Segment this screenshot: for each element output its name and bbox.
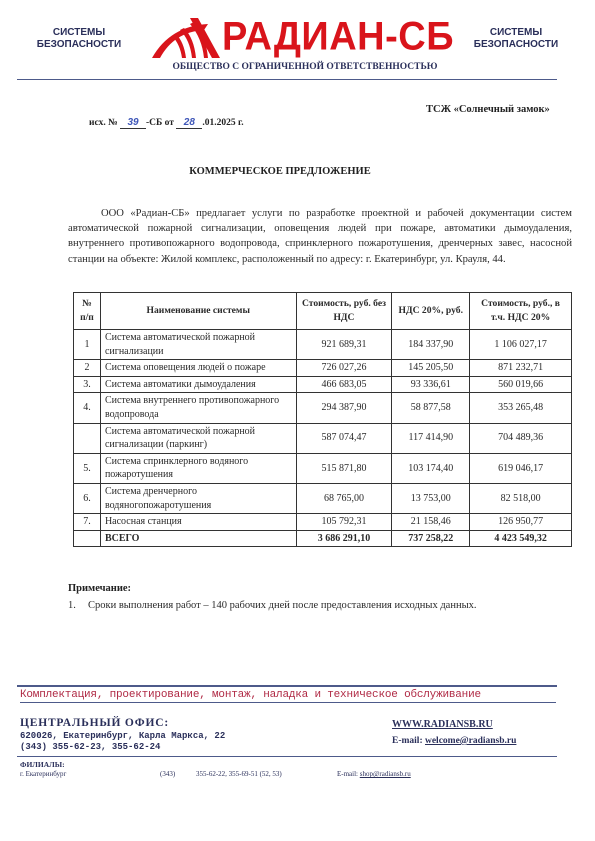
cell-total: 126 950,77 bbox=[470, 514, 572, 531]
table-row: 5.Система спринклерного водяного пожарот… bbox=[74, 453, 572, 483]
cell-number: 5. bbox=[74, 453, 101, 483]
table-row: 7.Насосная станция105 792,3121 158,46126… bbox=[74, 514, 572, 531]
ref-suffix: -СБ от bbox=[146, 118, 174, 128]
cell-number: 2 bbox=[74, 360, 101, 377]
col-header-cost: Стоимость, руб. без НДС bbox=[296, 293, 392, 330]
footer-divider-top bbox=[17, 685, 557, 687]
cell-total: 560 019,66 bbox=[470, 376, 572, 393]
cell-vat: 58 877,58 bbox=[392, 393, 470, 423]
cell-total: 82 518,00 bbox=[470, 483, 572, 513]
branch-phones: 355-62-22, 355-69-51 (52, 53) bbox=[196, 770, 282, 778]
office-contacts: 620026, Екатеринбург, Карла Маркса, 22 (… bbox=[20, 731, 225, 753]
cell-cost: 587 074,47 bbox=[296, 423, 392, 453]
table-row: Система автоматической пожарной сигнализ… bbox=[74, 423, 572, 453]
table-row: 6.Система дренчерного водяногопожаротуше… bbox=[74, 483, 572, 513]
office-title: ЦЕНТРАЛЬНЫЙ ОФИС: bbox=[20, 717, 169, 729]
email-link[interactable]: welcome@radiansb.ru bbox=[425, 736, 516, 746]
note-item: 1.Сроки выполнения работ – 140 рабочих д… bbox=[68, 600, 477, 611]
cell-number: 7. bbox=[74, 514, 101, 531]
branch-city: г. Екатеринбург bbox=[20, 770, 66, 778]
addressee: ТСЖ «Солнечный замок» bbox=[426, 104, 550, 115]
cell-system-name: ВСЕГО bbox=[100, 530, 296, 547]
cell-vat: 103 174,40 bbox=[392, 453, 470, 483]
table-row: 4.Система внутреннего противопожарного в… bbox=[74, 393, 572, 423]
cell-system-name: Система спринклерного водяного пожаротуш… bbox=[100, 453, 296, 483]
cell-number bbox=[74, 530, 101, 547]
cell-cost: 921 689,31 bbox=[296, 330, 392, 360]
cell-vat: 737 258,22 bbox=[392, 530, 470, 547]
cell-vat: 13 753,00 bbox=[392, 483, 470, 513]
branch-email: E-mail: shop@radiansb.ru bbox=[337, 770, 411, 778]
cell-system-name: Насосная станция bbox=[100, 514, 296, 531]
branch-area-code: (343) bbox=[160, 770, 175, 778]
cell-vat: 184 337,90 bbox=[392, 330, 470, 360]
ref-number-handwritten: 39 bbox=[120, 118, 146, 129]
cell-number bbox=[74, 423, 101, 453]
table-total-row: ВСЕГО3 686 291,10737 258,224 423 549,32 bbox=[74, 530, 572, 547]
footer-divider-bottom bbox=[17, 756, 557, 757]
col-header-vat: НДС 20%, руб. bbox=[392, 293, 470, 330]
col-header-number: № п/п bbox=[74, 293, 101, 330]
cell-system-name: Система оповещения людей о пожаре bbox=[100, 360, 296, 377]
cell-total: 353 265,48 bbox=[470, 393, 572, 423]
cell-vat: 117 414,90 bbox=[392, 423, 470, 453]
table-row: 3.Система автоматики дымоудаления466 683… bbox=[74, 376, 572, 393]
ref-prefix: исх. № bbox=[89, 118, 118, 128]
branch-email-label: E-mail: bbox=[337, 770, 358, 778]
ref-day-handwritten: 28 bbox=[176, 118, 202, 129]
cell-cost: 726 027,26 bbox=[296, 360, 392, 377]
branch-email-link[interactable]: shop@radiansb.ru bbox=[360, 770, 411, 778]
cell-total: 1 106 027,17 bbox=[470, 330, 572, 360]
tagline-line-1: СИСТЕМЫ bbox=[34, 27, 124, 39]
cell-number: 1 bbox=[74, 330, 101, 360]
cell-total: 704 489,36 bbox=[470, 423, 572, 453]
cell-system-name: Система автоматической пожарной сигнализ… bbox=[100, 330, 296, 360]
col-header-total: Стоимость, руб., в т.ч. НДС 20% bbox=[470, 293, 572, 330]
logo-text: РАДИАН-СБ bbox=[222, 13, 454, 61]
office-address: 620026, Екатеринбург, Карла Маркса, 22 bbox=[20, 731, 225, 742]
cell-system-name: Система дренчерного водяногопожаротушени… bbox=[100, 483, 296, 513]
cell-system-name: Система автоматической пожарной сигнализ… bbox=[100, 423, 296, 453]
tagline-line-1: СИСТЕМЫ bbox=[468, 27, 564, 39]
cell-vat: 21 158,46 bbox=[392, 514, 470, 531]
email-label: E-mail: bbox=[392, 736, 423, 746]
note-number: 1. bbox=[68, 600, 88, 611]
note-text: Сроки выполнения работ – 140 рабочих дне… bbox=[88, 600, 477, 611]
ref-date: .01.2025 г. bbox=[202, 118, 243, 128]
outgoing-reference: исх. № 39-СБ от 28.01.2025 г. bbox=[89, 118, 244, 129]
cell-vat: 145 205,50 bbox=[392, 360, 470, 377]
cell-cost: 3 686 291,10 bbox=[296, 530, 392, 547]
cell-number: 4. bbox=[74, 393, 101, 423]
cell-total: 4 423 549,32 bbox=[470, 530, 572, 547]
table-row: 2Система оповещения людей о пожаре726 02… bbox=[74, 360, 572, 377]
logo-arc-icon bbox=[150, 16, 230, 58]
cell-number: 3. bbox=[74, 376, 101, 393]
tagline-line-2: БЕЗОПАСНОСТИ bbox=[34, 39, 124, 51]
table-header-row: № п/п Наименование системы Стоимость, ру… bbox=[74, 293, 572, 330]
branches-title: ФИЛИАЛЫ: bbox=[20, 760, 65, 769]
cell-cost: 294 387,90 bbox=[296, 393, 392, 423]
tagline-line-2: БЕЗОПАСНОСТИ bbox=[468, 39, 564, 51]
cell-system-name: Система внутреннего противопожарного вод… bbox=[100, 393, 296, 423]
footer-slogan: Комплектация, проектирование, монтаж, на… bbox=[20, 689, 556, 703]
header-divider bbox=[17, 79, 557, 80]
cell-system-name: Система автоматики дымоудаления bbox=[100, 376, 296, 393]
cell-cost: 466 683,05 bbox=[296, 376, 392, 393]
office-phones: (343) 355-62-23, 355-62-24 bbox=[20, 742, 225, 753]
notes-title: Примечание: bbox=[68, 583, 131, 594]
document-title: КОММЕРЧЕСКОЕ ПРЕДЛОЖЕНИЕ bbox=[60, 166, 500, 177]
cell-cost: 515 871,80 bbox=[296, 453, 392, 483]
header-tagline-left: СИСТЕМЫ БЕЗОПАСНОСТИ bbox=[34, 27, 124, 51]
table-row: 1Система автоматической пожарной сигнали… bbox=[74, 330, 572, 360]
cell-total: 871 232,71 bbox=[470, 360, 572, 377]
header-tagline-right: СИСТЕМЫ БЕЗОПАСНОСТИ bbox=[468, 27, 564, 51]
cell-vat: 93 336,61 bbox=[392, 376, 470, 393]
price-table: № п/п Наименование системы Стоимость, ру… bbox=[73, 292, 572, 547]
company-legal-form: ОБЩЕСТВО С ОГРАНИЧЕННОЙ ОТВЕТСТВЕННОСТЬЮ bbox=[150, 62, 460, 72]
cell-number: 6. bbox=[74, 483, 101, 513]
cell-cost: 105 792,31 bbox=[296, 514, 392, 531]
intro-text: ООО «Радиан-СБ» предлагает услуги по раз… bbox=[68, 206, 572, 267]
website-link[interactable]: WWW.RADIANSB.RU bbox=[392, 719, 493, 730]
cell-cost: 68 765,00 bbox=[296, 483, 392, 513]
cell-total: 619 046,17 bbox=[470, 453, 572, 483]
col-header-name: Наименование системы bbox=[100, 293, 296, 330]
intro-paragraph: ООО «Радиан-СБ» предлагает услуги по раз… bbox=[68, 206, 572, 267]
company-logo: РАДИАН-СБ bbox=[150, 14, 460, 60]
office-email: E-mail: welcome@radiansb.ru bbox=[392, 736, 516, 746]
